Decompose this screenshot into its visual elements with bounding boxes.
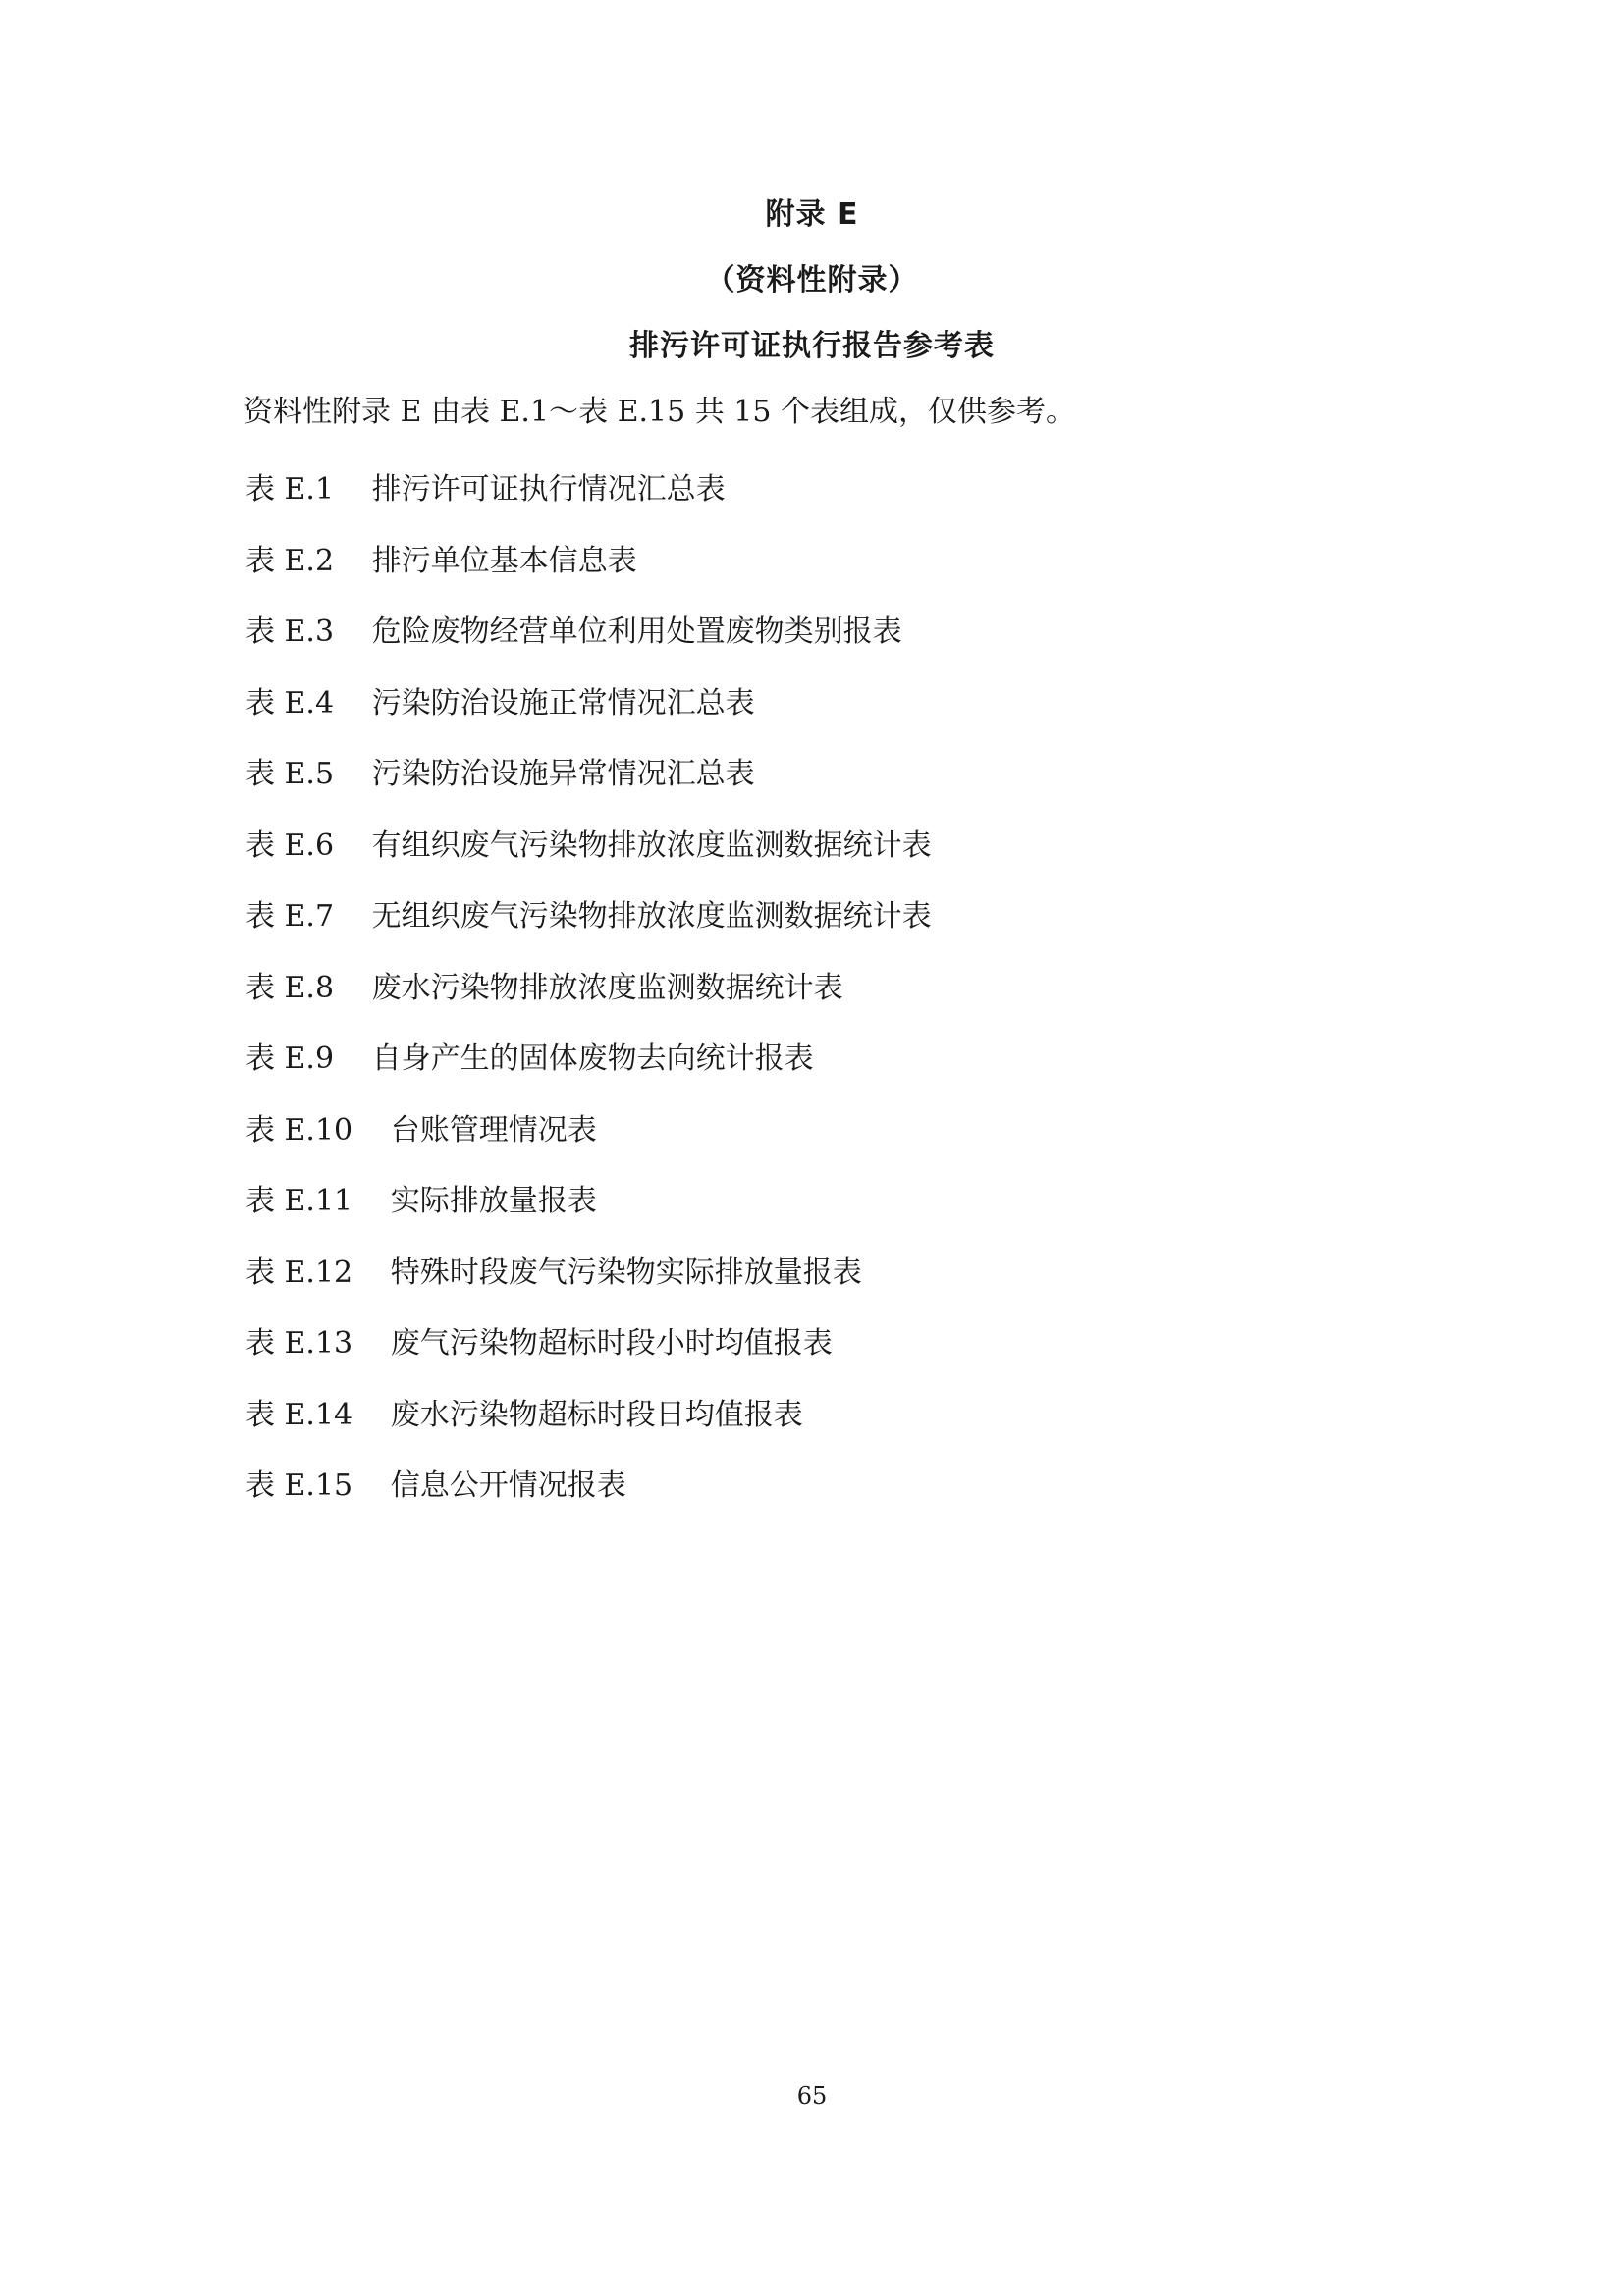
- table-label: 表 E.15: [245, 1469, 352, 1503]
- table-label: 表 E.3: [245, 615, 334, 649]
- table-list-item: 表 E.14 废水污染物超标时段日均值报表: [245, 1399, 1388, 1432]
- table-label: 表 E.1: [245, 473, 334, 507]
- table-title: 废水污染物排放浓度监测数据统计表: [372, 972, 843, 1005]
- table-title: 特殊时段废气污染物实际排放量报表: [391, 1256, 862, 1290]
- table-label: 表 E.2: [245, 545, 334, 578]
- table-title: 排污单位基本信息表: [372, 545, 637, 578]
- table-list-item: 表 E.2 排污单位基本信息表: [245, 545, 1388, 578]
- table-list-item: 表 E.11 实际排放量报表: [245, 1185, 1388, 1218]
- table-label: 表 E.11: [245, 1185, 352, 1218]
- table-list-item: 表 E.10 台账管理情况表: [245, 1114, 1388, 1148]
- table-label: 表 E.12: [245, 1256, 352, 1290]
- table-title: 污染防治设施异常情况汇总表: [372, 758, 755, 791]
- table-label: 表 E.4: [245, 687, 334, 721]
- table-list-item: 表 E.15 信息公开情况报表: [245, 1469, 1388, 1503]
- document-page: 附录 E （资料性附录） 排污许可证执行报告参考表 资料性附录 E 由表 E.1…: [0, 0, 1624, 2296]
- table-title: 实际排放量报表: [391, 1185, 597, 1218]
- table-list-item: 表 E.3 危险废物经营单位利用处置废物类别报表: [245, 615, 1388, 649]
- table-label: 表 E.13: [245, 1327, 352, 1361]
- table-title: 废水污染物超标时段日均值报表: [391, 1399, 803, 1432]
- table-label: 表 E.10: [245, 1114, 352, 1148]
- table-title: 无组织废气污染物排放浓度监测数据统计表: [372, 900, 932, 934]
- page-number: 65: [0, 2082, 1624, 2109]
- table-list-item: 表 E.9 自身产生的固体废物去向统计报表: [245, 1042, 1388, 1076]
- table-label: 表 E.5: [245, 758, 334, 791]
- appendix-heading: 附录 E: [0, 198, 1624, 232]
- table-label: 表 E.7: [245, 900, 334, 934]
- table-title: 排污许可证执行情况汇总表: [372, 473, 726, 507]
- table-title: 危险废物经营单位利用处置废物类别报表: [372, 615, 902, 649]
- intro-paragraph: 资料性附录 E 由表 E.1～表 E.15 共 15 个表组成，仅供参考。: [244, 396, 1388, 429]
- table-list-item: 表 E.7 无组织废气污染物排放浓度监测数据统计表: [245, 900, 1388, 934]
- table-list-item: 表 E.12 特殊时段废气污染物实际排放量报表: [245, 1256, 1388, 1290]
- table-list-item: 表 E.8 废水污染物排放浓度监测数据统计表: [245, 972, 1388, 1005]
- table-title: 废气污染物超标时段小时均值报表: [391, 1327, 833, 1361]
- table-list: 表 E.1 排污许可证执行情况汇总表 表 E.2 排污单位基本信息表 表 E.3…: [245, 473, 1388, 1503]
- table-list-item: 表 E.1 排污许可证执行情况汇总表: [245, 473, 1388, 507]
- table-list-item: 表 E.4 污染防治设施正常情况汇总表: [245, 687, 1388, 721]
- table-title: 有组织废气污染物排放浓度监测数据统计表: [372, 829, 932, 863]
- table-label: 表 E.14: [245, 1399, 352, 1432]
- table-label: 表 E.6: [245, 829, 334, 863]
- table-list-item: 表 E.5 污染防治设施异常情况汇总表: [245, 758, 1388, 791]
- table-label: 表 E.8: [245, 972, 334, 1005]
- appendix-subtitle: 排污许可证执行报告参考表: [0, 330, 1624, 363]
- table-label: 表 E.9: [245, 1042, 334, 1076]
- table-title: 污染防治设施正常情况汇总表: [372, 687, 755, 721]
- appendix-header: 附录 E （资料性附录） 排污许可证执行报告参考表: [0, 0, 1624, 363]
- table-title: 自身产生的固体废物去向统计报表: [372, 1042, 814, 1076]
- table-title: 信息公开情况报表: [391, 1469, 626, 1503]
- table-title: 台账管理情况表: [391, 1114, 597, 1148]
- appendix-type-label: （资料性附录）: [0, 264, 1624, 297]
- table-list-item: 表 E.13 废气污染物超标时段小时均值报表: [245, 1327, 1388, 1361]
- table-list-item: 表 E.6 有组织废气污染物排放浓度监测数据统计表: [245, 829, 1388, 863]
